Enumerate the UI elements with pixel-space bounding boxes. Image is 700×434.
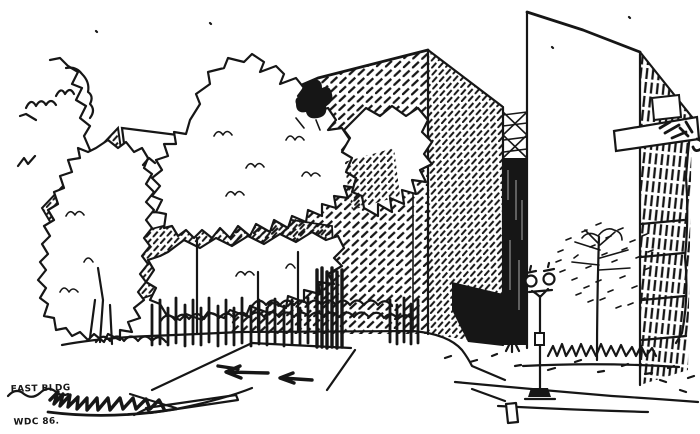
ledge-box (652, 95, 681, 120)
lamp-globe-right (544, 274, 555, 285)
plaza-outline (152, 343, 355, 390)
tower-face (527, 12, 640, 386)
lamp-collar-box (535, 333, 544, 345)
signature-annotation: EAST BLDG WDC 86. (10, 361, 72, 434)
hanging-marker-box (506, 403, 518, 423)
sketch-drawing (0, 0, 700, 434)
annotation-line-2: WDC 86. (11, 416, 71, 429)
plaza-arrows (218, 366, 312, 383)
curb-lines (455, 382, 698, 412)
annotation-line-1: EAST BLDG (11, 383, 71, 396)
sketch-page: EAST BLDG WDC 86. (0, 0, 700, 434)
right-tower (527, 12, 700, 386)
left-tree-canopy (38, 140, 154, 342)
lamp-base (528, 388, 551, 397)
left-tree (18, 58, 155, 342)
lamp-globe-left (526, 276, 537, 287)
bay-dark-shaft (503, 158, 527, 345)
